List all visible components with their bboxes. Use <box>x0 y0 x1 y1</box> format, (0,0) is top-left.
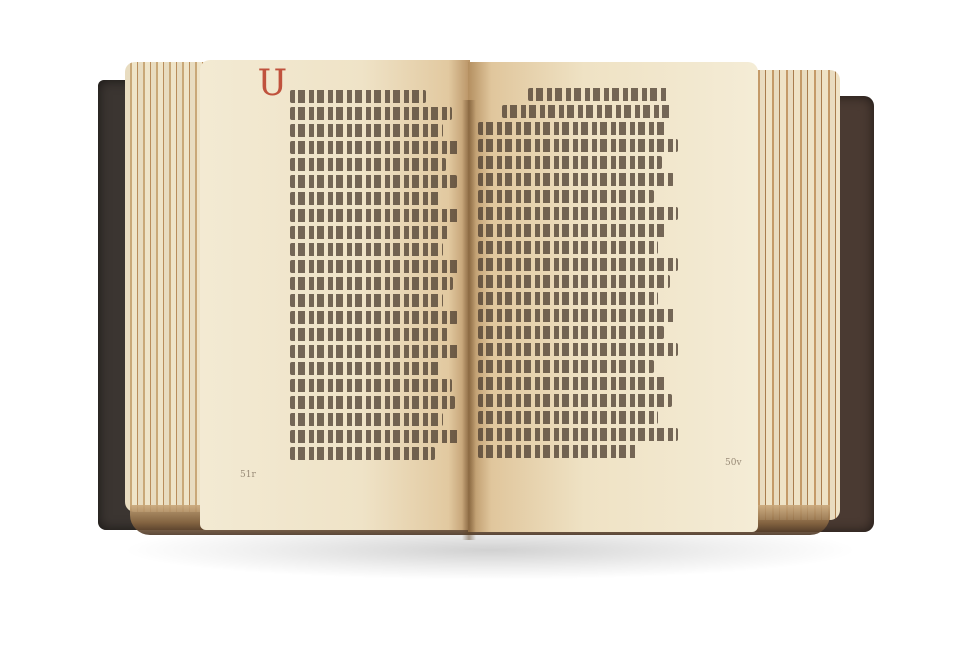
folio-number-left: 51r <box>240 470 256 480</box>
right-page-text <box>478 88 678 488</box>
folio-number-right: 50v <box>725 458 742 468</box>
left-page-text <box>290 90 460 490</box>
book-gutter <box>462 100 476 540</box>
manuscript-photo: Ս 51r 50v <box>0 0 954 664</box>
